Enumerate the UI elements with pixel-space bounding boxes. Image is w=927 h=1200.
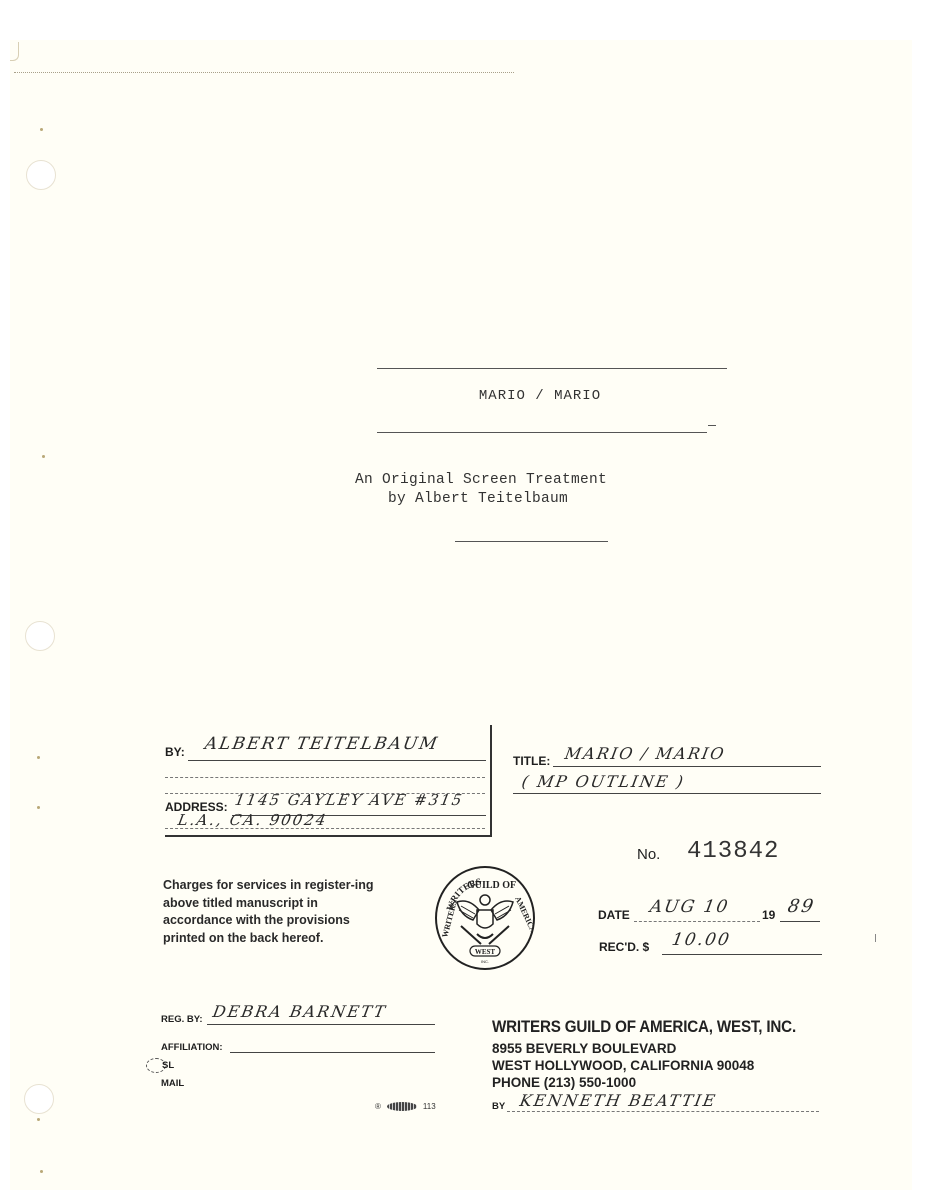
received-amount: 10.00 xyxy=(670,930,732,950)
printer-mark: ® 113 xyxy=(375,1102,436,1111)
svg-text:GUILD OF: GUILD OF xyxy=(467,880,516,891)
date-underline xyxy=(634,921,760,922)
title-label: TITLE: xyxy=(513,754,550,768)
svg-text:WRITERS: WRITERS xyxy=(440,899,459,938)
svg-text:AMERICA: AMERICA xyxy=(513,895,533,934)
title-rule-bottom xyxy=(377,432,707,433)
by-label: BY: xyxy=(165,745,185,759)
affiliation-label: AFFILIATION: xyxy=(161,1042,223,1053)
mail-label: MAIL xyxy=(161,1078,184,1089)
scan-artifact-dots xyxy=(14,72,514,73)
eagle-emblem-icon: WRITERS GUILD OF WEST INC. WRITERS AMERI… xyxy=(437,868,533,968)
subtitle-line-2: by Albert Teitelbaum xyxy=(355,490,607,509)
address-line-1: 1145 GAYLEY AVE #315 xyxy=(233,791,465,809)
org-by-underline xyxy=(507,1111,819,1112)
organization-city: WEST HOLLYWOOD, CALIFORNIA 90048 xyxy=(492,1058,754,1073)
by-line xyxy=(188,760,486,761)
speck xyxy=(37,1118,40,1121)
hole-punch-top xyxy=(26,160,56,190)
speck xyxy=(37,756,40,759)
speck xyxy=(42,455,45,458)
title-underline-2 xyxy=(513,793,821,794)
date-label: DATE xyxy=(598,908,630,922)
sl-label: SL xyxy=(162,1060,174,1071)
title-value-1: MARIO / MARIO xyxy=(563,744,727,763)
union-bug-icon xyxy=(387,1102,417,1111)
received-label: REC'D. $ xyxy=(599,940,649,954)
page-corner-curl xyxy=(10,42,19,61)
registered-trademark-icon: ® xyxy=(375,1102,381,1111)
document-subtitle: An Original Screen Treatment by Albert T… xyxy=(355,471,607,509)
received-underline xyxy=(662,954,822,955)
speck xyxy=(40,128,43,131)
affiliation-underline xyxy=(230,1052,435,1053)
speck xyxy=(40,1170,43,1173)
address-line-underline-2 xyxy=(165,828,485,829)
date-value: AUG 10 xyxy=(648,897,731,917)
svg-text:WEST: WEST xyxy=(475,948,496,956)
document-title: MARIO / MARIO xyxy=(340,388,740,404)
printer-code: 113 xyxy=(423,1102,436,1111)
speck xyxy=(37,806,40,809)
hole-punch-bottom xyxy=(24,1084,54,1114)
org-by-label: BY xyxy=(492,1101,505,1112)
registration-number: 413842 xyxy=(687,838,779,865)
address-line-2: L.A., CA. 90024 xyxy=(176,811,329,829)
svg-text:INC.: INC. xyxy=(481,959,489,964)
form-box-bottom-border xyxy=(165,835,492,837)
organization-street: 8955 BEVERLY BOULEVARD xyxy=(492,1041,676,1056)
subtitle-line-1: An Original Screen Treatment xyxy=(355,472,607,488)
charges-notice: Charges for services in register-ing abo… xyxy=(163,877,383,947)
by-line-2 xyxy=(165,777,485,778)
rule-tick xyxy=(708,425,716,426)
hole-punch-middle xyxy=(25,621,55,651)
reg-by-label: REG. BY: xyxy=(161,1014,203,1025)
reg-by-underline xyxy=(207,1024,435,1025)
year-prefix: 19 xyxy=(762,908,775,922)
year-underline xyxy=(780,921,820,922)
organization-phone: PHONE (213) 550-1000 xyxy=(492,1075,636,1090)
registration-number-label: No. xyxy=(637,846,660,863)
by-value: ALBERT TEITELBAUM xyxy=(203,734,440,754)
reg-by-value: DEBRA BARNETT xyxy=(211,1002,388,1021)
form-box-right-border xyxy=(490,725,492,835)
margin-mark xyxy=(875,934,876,942)
title-value-2: ( MP OUTLINE ) xyxy=(520,772,686,791)
title-rule-top xyxy=(377,368,727,369)
wga-seal-logo: WRITERS GUILD OF WEST INC. WRITERS AMERI… xyxy=(435,866,535,970)
org-by-signature: KENNETH BEATTIE xyxy=(518,1091,718,1110)
title-underline-1 xyxy=(553,766,821,767)
organization-name: WRITERS GUILD OF AMERICA, WEST, INC. xyxy=(492,1018,796,1037)
year-value: 89 xyxy=(786,896,817,917)
subtitle-rule xyxy=(455,541,608,542)
